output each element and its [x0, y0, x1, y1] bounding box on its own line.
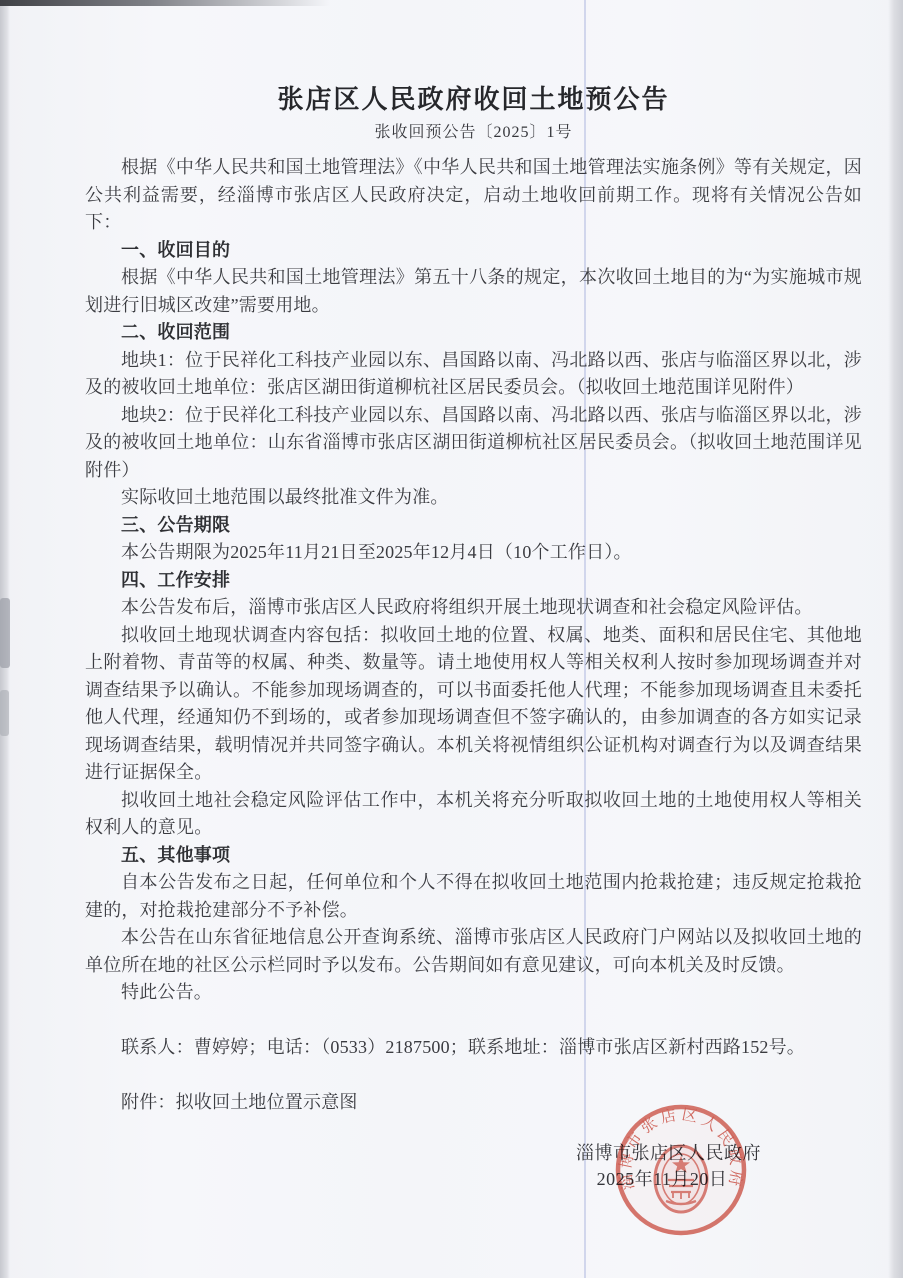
section-heading-other: 五、其他事项 [85, 842, 862, 870]
official-seal: 淄博市张店区人民政府 [611, 1100, 751, 1240]
document-body: 根据《中华人民共和国土地管理法》《中华人民共和国土地管理法实施条例》等有关规定，… [85, 154, 862, 1117]
paragraph-no-rush-build: 自本公告发布之日起，任何单位和个人不得在拟收回土地范围内抢栽抢建；违反规定抢栽抢… [85, 869, 862, 924]
section-heading-period: 三、公告期限 [85, 512, 862, 540]
page-title: 张店区人民政府收回土地预公告 [85, 84, 862, 116]
paragraph-work-plan-1: 本公告发布后，淄博市张店区人民政府将组织开展土地现状调查和社会稳定风险评估。 [85, 594, 862, 622]
section-heading-purpose: 一、收回目的 [85, 237, 862, 265]
paragraph-hereby: 特此公告。 [85, 979, 862, 1007]
paragraph-purpose: 根据《中华人民共和国土地管理法》第五十八条的规定，本次收回土地目的为“为实施城市… [85, 264, 862, 319]
paragraph-intro: 根据《中华人民共和国土地管理法》《中华人民共和国土地管理法实施条例》等有关规定，… [85, 154, 862, 237]
contact-line: 联系人：曹婷婷；电话：（0533）2187500；联系地址：淄博市张店区新村西路… [85, 1034, 862, 1062]
paragraph-parcel-1: 地块1：位于民祥化工科技产业园以东、昌国路以南、冯北路以西、张店与临淄区界以北，… [85, 347, 862, 402]
section-heading-work-plan: 四、工作安排 [85, 567, 862, 595]
paragraph-scope-note: 实际收回土地范围以最终批准文件为准。 [85, 484, 862, 512]
paragraph-publication: 本公告在山东省征地信息公开查询系统、淄博市张店区人民政府门户网站以及拟收回土地的… [85, 924, 862, 979]
paragraph-survey-details: 拟收回土地现状调查内容包括：拟收回土地的位置、权属、地类、面积和居民住宅、其他地… [85, 622, 862, 787]
paragraph-parcel-2: 地块2：位于民祥化工科技产业园以东、昌国路以南、冯北路以西、张店与临淄区界以北，… [85, 402, 862, 485]
scanned-page: 张店区人民政府收回土地预公告 张收回预公告〔2025〕1号 根据《中华人民共和国… [0, 0, 903, 1278]
section-heading-scope: 二、收回范围 [85, 319, 862, 347]
paragraph-period: 本公告期限为2025年11月21日至2025年12月4日（10个工作日）。 [85, 539, 862, 567]
doc-number: 张收回预公告〔2025〕1号 [85, 122, 862, 144]
paragraph-risk-assessment: 拟收回土地社会稳定风险评估工作中，本机关将充分听取拟收回土地的土地使用权人等相关… [85, 787, 862, 842]
document-content: 张店区人民政府收回土地预公告 张收回预公告〔2025〕1号 根据《中华人民共和国… [0, 0, 903, 1117]
national-emblem-icon [655, 1146, 707, 1212]
